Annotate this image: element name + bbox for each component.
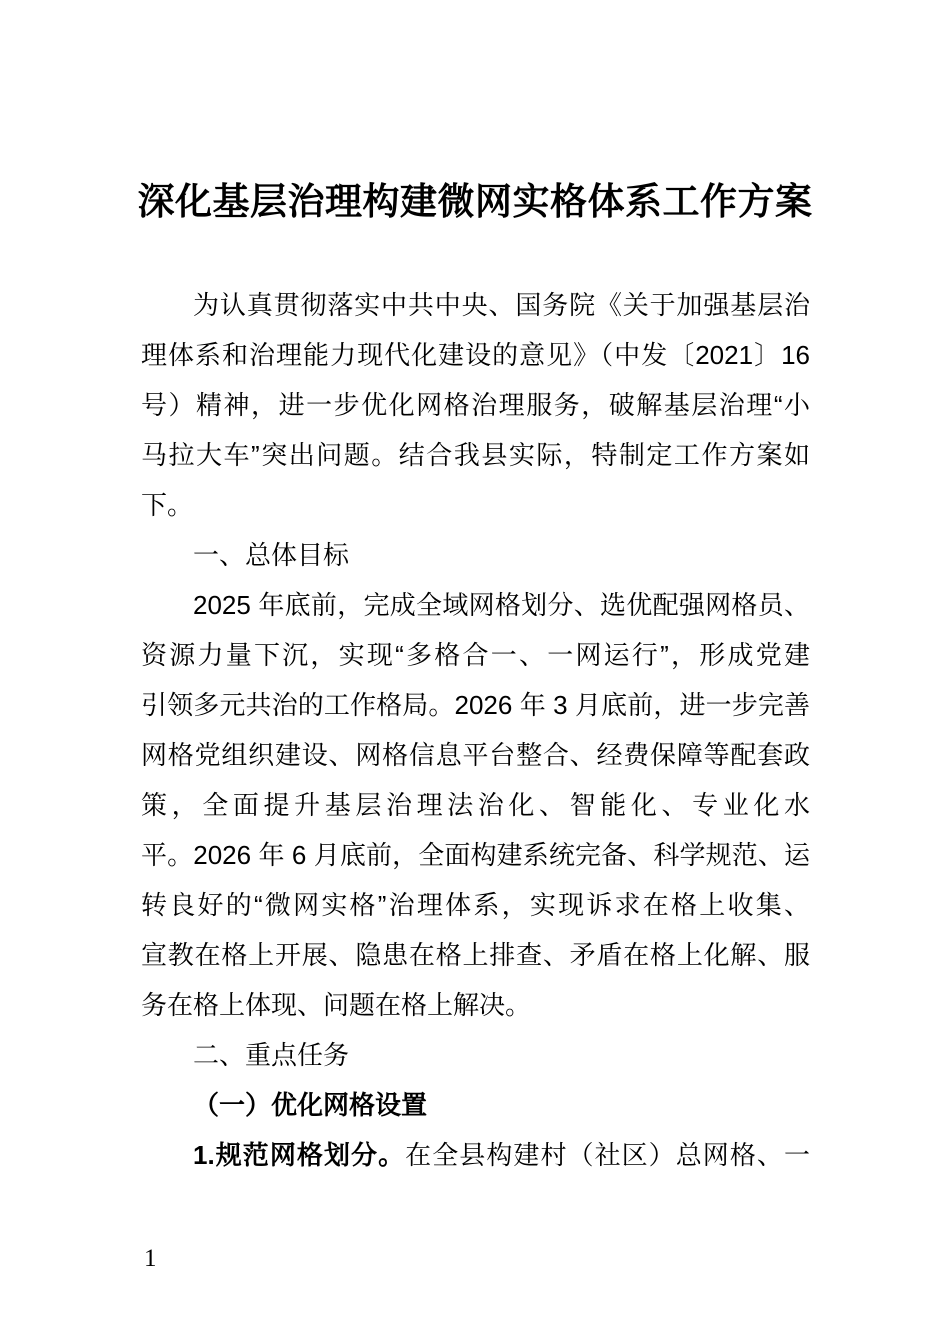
text-run: 在全县构建村（社区）总网格、一 <box>405 1140 810 1170</box>
text-run: 网格党组织建设、网格信息平台整合、经费保障等配套政 <box>141 740 810 770</box>
paragraph-goals: 2025 年底前，完成全域网格划分、选优配强网格员、 <box>141 580 810 630</box>
paragraph-goals: 引领多元共治的工作格局。2026 年 3 月底前，进一步完善 <box>141 680 810 730</box>
text-run: 二、重点任务 <box>193 1040 349 1070</box>
text-run: 宣教在格上开展、隐患在格上排查、矛盾在格上化解、服 <box>141 940 810 970</box>
paragraph-goals: 宣教在格上开展、隐患在格上排查、矛盾在格上化解、服 <box>141 930 810 980</box>
document-body: 为认真贯彻落实中共中央、国务院《关于加强基层治理体系和治理能力现代化建设的意见》… <box>141 280 810 1180</box>
paragraph-intro: 下。 <box>141 480 810 530</box>
text-run: 为认真贯彻落实中共中央、国务院《关于加强基层治 <box>193 290 810 320</box>
paragraph-goals: 转良好的“微网实格”治理体系，实现诉求在格上收集、 <box>141 880 810 930</box>
text-run: 号）精神，进一步优化网格治理服务，破解基层治理“小 <box>141 390 810 420</box>
bold-text-run: （一）优化网格设置 <box>193 1090 427 1120</box>
paragraph-intro: 号）精神，进一步优化网格治理服务，破解基层治理“小 <box>141 380 810 430</box>
subsection-heading-1: （一）优化网格设置 <box>141 1080 810 1130</box>
text-run: 下。 <box>141 490 193 520</box>
paragraph-task-1: 1.规范网格划分。在全县构建村（社区）总网格、一 <box>141 1130 810 1180</box>
text-run: 马拉大车”突出问题。结合我县实际，特制定工作方案如 <box>141 440 810 470</box>
paragraph-goals: 策，全面提升基层治理法治化、智能化、专业化水 <box>141 780 810 830</box>
text-run: 平。2026 年 6 月底前，全面构建系统完备、科学规范、运 <box>141 840 810 870</box>
paragraph-goals: 资源力量下沉，实现“多格合一、一网运行”，形成党建 <box>141 630 810 680</box>
text-run: 一、总体目标 <box>193 540 349 570</box>
document-page: 深化基层治理构建微网实格体系工作方案 为认真贯彻落实中共中央、国务院《关于加强基… <box>0 0 950 1344</box>
text-run: 引领多元共治的工作格局。2026 年 3 月底前，进一步完善 <box>141 690 810 720</box>
section-heading-2: 二、重点任务 <box>141 1030 810 1080</box>
paragraph-intro: 为认真贯彻落实中共中央、国务院《关于加强基层治 <box>141 280 810 330</box>
text-run: 转良好的“微网实格”治理体系，实现诉求在格上收集、 <box>141 890 810 920</box>
text-run: 务在格上体现、问题在格上解决。 <box>141 990 531 1020</box>
paragraph-intro: 马拉大车”突出问题。结合我县实际，特制定工作方案如 <box>141 430 810 480</box>
section-heading-1: 一、总体目标 <box>141 530 810 580</box>
bold-text-run: 1.规范网格划分。 <box>193 1140 405 1170</box>
text-run: 2025 年底前，完成全域网格划分、选优配强网格员、 <box>193 590 810 620</box>
text-run: 资源力量下沉，实现“多格合一、一网运行”，形成党建 <box>141 640 810 670</box>
paragraph-goals: 平。2026 年 6 月底前，全面构建系统完备、科学规范、运 <box>141 830 810 880</box>
paragraph-intro: 理体系和治理能力现代化建设的意见》（中发〔2021〕16 <box>141 330 810 380</box>
document-title: 深化基层治理构建微网实格体系工作方案 <box>0 177 950 227</box>
text-run: 策，全面提升基层治理法治化、智能化、专业化水 <box>141 790 810 820</box>
page-number: 1 <box>144 1244 157 1274</box>
paragraph-goals: 务在格上体现、问题在格上解决。 <box>141 980 810 1030</box>
text-run: 理体系和治理能力现代化建设的意见》（中发〔2021〕16 <box>141 340 810 370</box>
paragraph-goals: 网格党组织建设、网格信息平台整合、经费保障等配套政 <box>141 730 810 780</box>
